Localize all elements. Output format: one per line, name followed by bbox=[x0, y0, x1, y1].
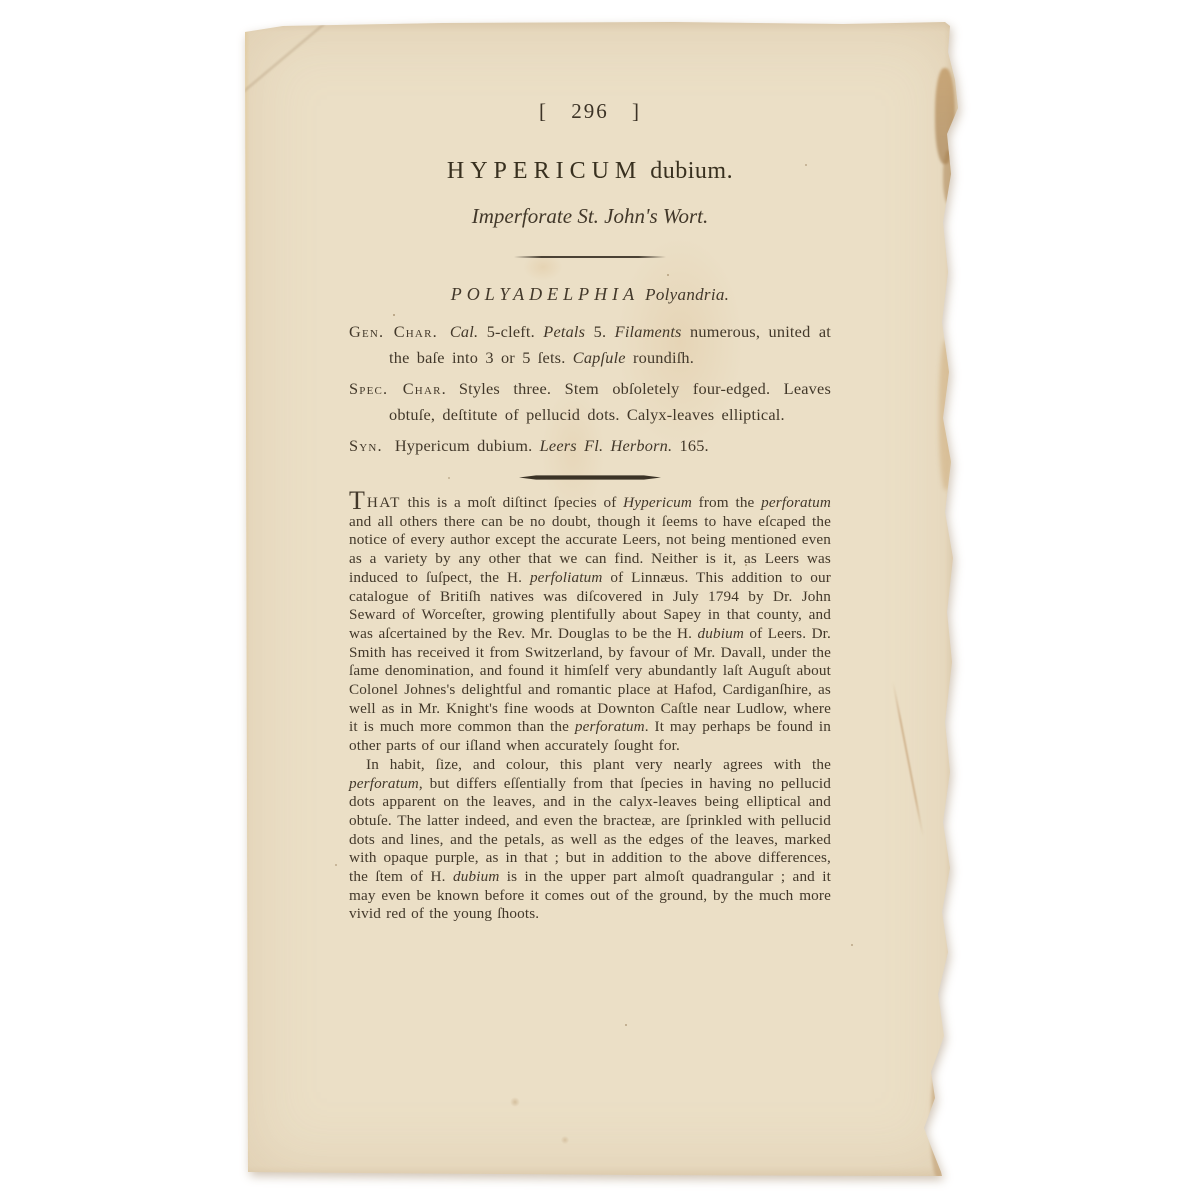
corner-crease bbox=[236, 19, 329, 98]
italic-text: Cal. bbox=[450, 322, 478, 341]
right-crease bbox=[892, 681, 924, 836]
torn-edge-fray bbox=[939, 340, 953, 490]
genus-name: HYPERICUM bbox=[447, 158, 642, 184]
italic-text: dubium bbox=[698, 625, 744, 642]
section-syn: Syn.Hypericum dubium. Leers Fl. Herborn.… bbox=[349, 433, 831, 459]
body-paragraph-2: In habit, ſize, and colour, this plant v… bbox=[349, 756, 831, 924]
italic-text: Filaments bbox=[615, 322, 682, 341]
italic-text: Capſule bbox=[573, 348, 626, 367]
section-spec-char: Spec. Char.Styles three. Stem obſoletely… bbox=[349, 376, 831, 428]
section-label-spec-char: Spec. Char. bbox=[349, 379, 447, 398]
italic-text: perforatum bbox=[761, 494, 831, 511]
body-text: Hypericum dubium. bbox=[395, 436, 540, 455]
italic-text: perforatum bbox=[349, 775, 419, 792]
body-text: HAT bbox=[367, 494, 401, 511]
section-body-syn: Hypericum dubium. Leers Fl. Herborn. 165… bbox=[395, 436, 709, 455]
book-page: [ 296 ] HYPERICUMdubium. Imperforate St.… bbox=[243, 22, 959, 1176]
italic-text: dubium bbox=[453, 868, 499, 885]
torn-edge-fray bbox=[931, 1068, 947, 1178]
italic-text: perforatum bbox=[575, 718, 645, 735]
page-number: [ 296 ] bbox=[349, 98, 831, 124]
paper-specks bbox=[243, 22, 245, 24]
class-name: POLYADELPHIA bbox=[451, 284, 639, 304]
order-name: Polyandria. bbox=[645, 285, 729, 304]
body-text: 5-cleft. bbox=[478, 322, 543, 341]
torn-edge-fray bbox=[943, 150, 955, 204]
body-text: this is a moſt diſtinct ſpecies of bbox=[401, 494, 623, 511]
body-text: Styles three. Stem obſoletely four-edged… bbox=[389, 379, 831, 424]
body-text: In habit, ſize, and colour, this plant v… bbox=[366, 756, 831, 773]
italic-text: Hypericum bbox=[623, 494, 692, 511]
section-body-spec-char: Styles three. Stem obſoletely four-edged… bbox=[389, 379, 831, 424]
taxonomy-line: POLYADELPHIAPolyandria. bbox=[349, 282, 831, 307]
text-column: [ 296 ] HYPERICUMdubium. Imperforate St.… bbox=[349, 22, 831, 924]
section-label-gen-char: Gen. Char. bbox=[349, 322, 438, 341]
divider-rule bbox=[514, 256, 666, 258]
body-text: from the bbox=[692, 494, 761, 511]
section-label-syn: Syn. bbox=[349, 436, 383, 455]
body-text: 5. bbox=[585, 322, 614, 341]
section-body-gen-char: Cal. 5-cleft. Petals 5. Filaments numero… bbox=[389, 322, 831, 367]
body-text: roundiſh. bbox=[626, 348, 694, 367]
section-gen-char: Gen. Char.Cal. 5-cleft. Petals 5. Filame… bbox=[349, 319, 831, 371]
body-text: T bbox=[349, 486, 367, 515]
italic-text: Leers Fl. Herborn. bbox=[540, 436, 673, 455]
torn-edge-fray bbox=[935, 68, 955, 164]
divider-swelled-rule bbox=[519, 475, 661, 480]
photo-background: [ 296 ] HYPERICUMdubium. Imperforate St.… bbox=[0, 0, 1200, 1200]
italic-text: perfoliatum bbox=[530, 569, 603, 586]
body-paragraph-1: THAT this is a moſt diſtinct ſpecies of … bbox=[349, 494, 831, 756]
italic-text: Petals bbox=[543, 322, 585, 341]
species-epithet: dubium. bbox=[650, 158, 733, 184]
page-shadow: [ 296 ] HYPERICUMdubium. Imperforate St.… bbox=[0, 0, 1200, 1200]
common-name: Imperforate St. John's Wort. bbox=[349, 202, 831, 230]
body-text: 165. bbox=[672, 436, 709, 455]
species-title: HYPERICUMdubium. bbox=[349, 156, 831, 186]
